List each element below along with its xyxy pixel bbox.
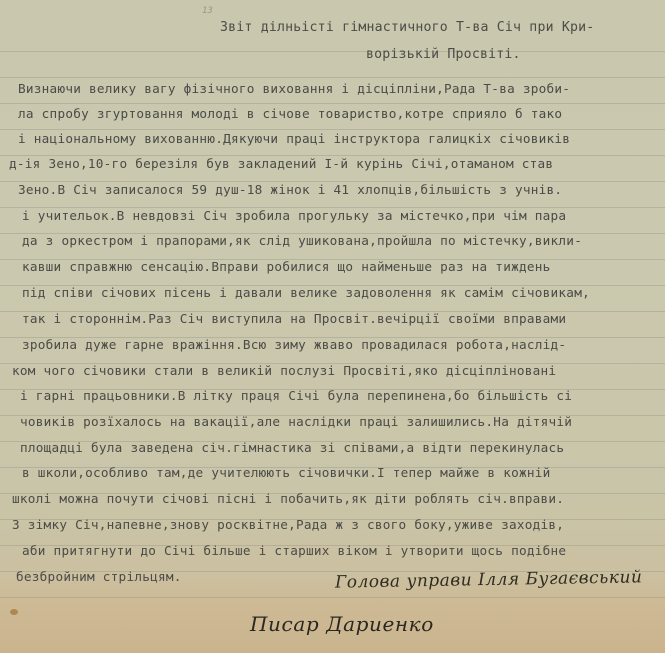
body-line: і гарні працьовники.В літку праця Січі б… <box>20 388 572 403</box>
title-line-1: Звіт ділньісті гімнастичного Т-ва Січ пр… <box>220 15 594 41</box>
body-line: в школи,особливо там,де учителюють січов… <box>22 465 551 480</box>
body-line: і учительок.В невдовзі Січ зробила прогу… <box>22 208 566 223</box>
body-line: площадці була заведена січ.гімнастика зі… <box>20 440 564 455</box>
handwritten-secretary-signature: Писар Дариенко <box>250 612 434 636</box>
body-line: під співи січових пісень і давали велике… <box>22 285 590 300</box>
body-line: човиків розїхалось на вакації,але наслід… <box>20 414 572 429</box>
body-line: да з оркестром і прапорами,як слід ушико… <box>22 233 582 248</box>
body-line: кавши справжню сенсацію.Вправи робилися … <box>22 259 551 274</box>
body-line: так і стороннім.Раз Січ виступила на Про… <box>22 311 566 326</box>
document-page: 13 Звіт ділньісті гімнастичного Т-ва Січ… <box>0 0 665 653</box>
body-line: школі можна почути січові пісні і побачи… <box>12 491 564 506</box>
body-line: д-ія Зено,10-го березіля був закладений … <box>9 156 553 171</box>
handwritten-chairman-signature: Голова управи Ілля Бугаєвський <box>335 567 643 592</box>
title-line-2: ворізькій Просвіті. <box>366 42 521 68</box>
body-line: Зено.В Січ записалося 59 душ-18 жінок і … <box>18 182 562 197</box>
body-line: безбройним стрільцям. <box>16 569 182 584</box>
body-line: аби притягнути до Січі більше і старших … <box>22 543 566 558</box>
archive-page-number: 13 <box>202 6 213 16</box>
body-line: З зімку Січ,напевне,знову росквітне,Рада… <box>12 517 564 532</box>
body-line: Визнаючи велику вагу фізічного виховання… <box>18 81 570 96</box>
paper-stain <box>10 609 18 615</box>
body-line: зробила дуже гарне вражіння.Всю зиму жва… <box>22 337 566 352</box>
body-line: ком чого січовики стали в великій послуз… <box>12 363 556 378</box>
body-line: ла спробу згуртовання молоді в січове то… <box>18 106 562 121</box>
body-line: і національному вихованню.Дякуючи праці … <box>18 131 570 146</box>
